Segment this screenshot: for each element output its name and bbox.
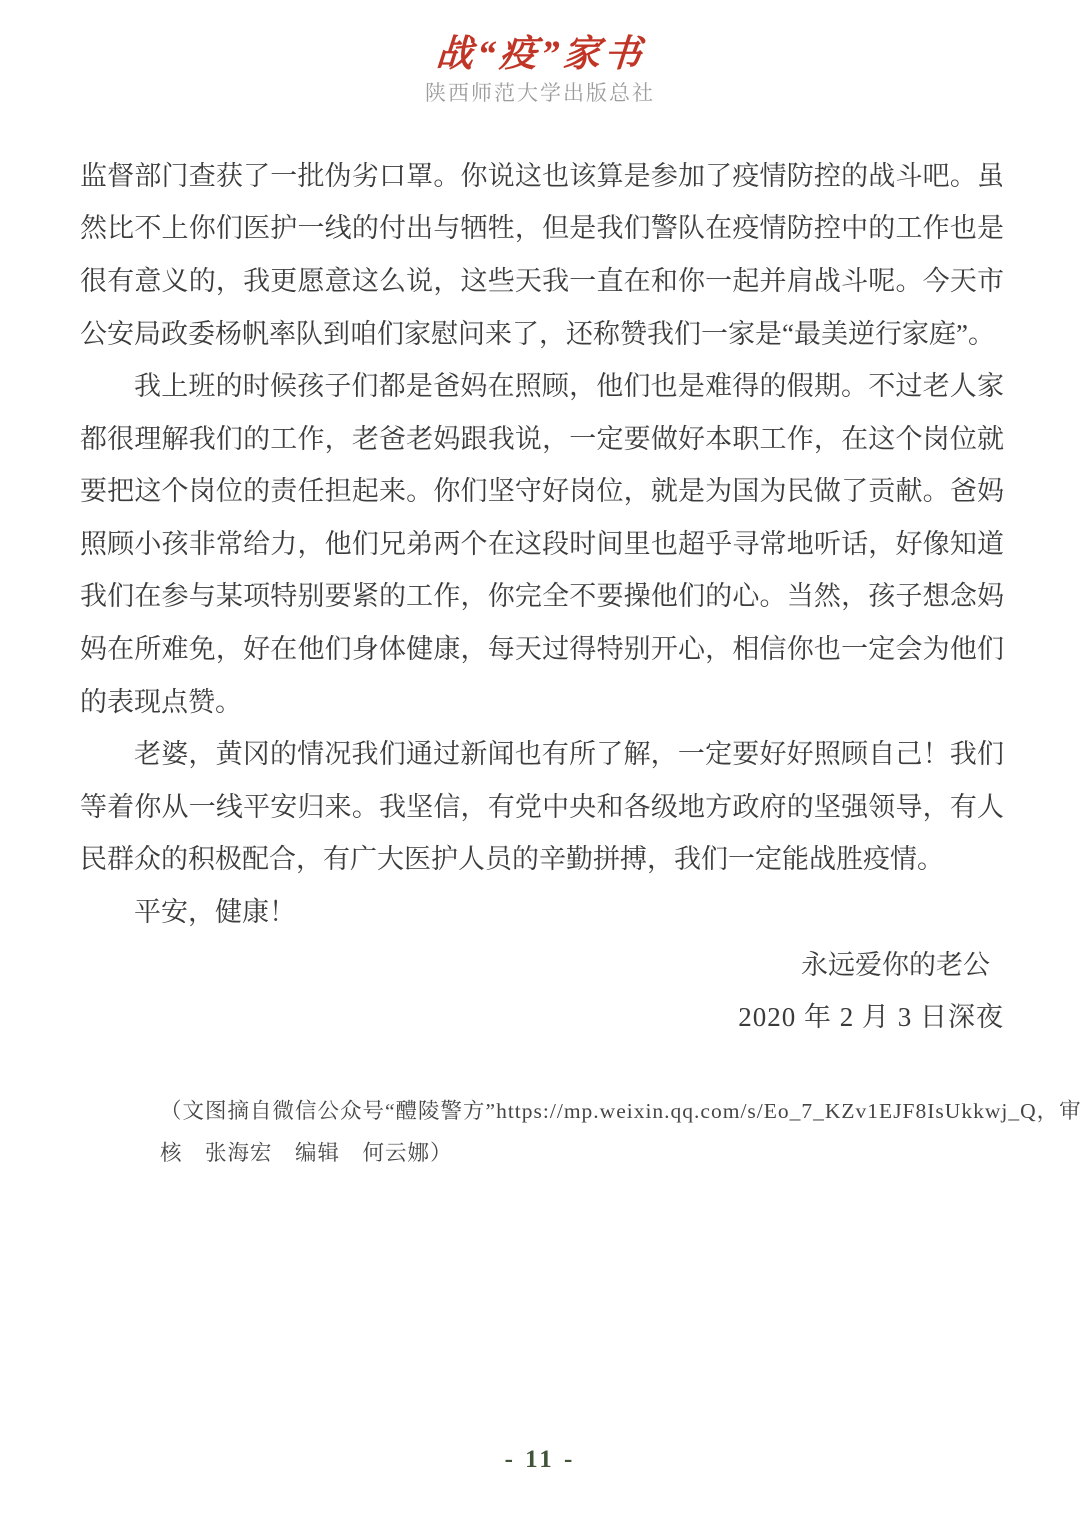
footnote-line-1: （文图摘自微信公众号“醴陵警方”https://mp.weixin.qq.com… [160,1090,1018,1132]
page-header: 战“疫”家书 陕西师范大学出版总社 [0,0,1080,106]
letter-body: 监督部门查获了一批伪劣口罩。你说这也该算是参加了疫情防控的战斗吧。虽然比不上你们… [80,150,1004,1044]
publisher-name: 陕西师范大学出版总社 [0,81,1080,106]
page-footer: - 11 - [0,1446,1080,1474]
letter-signature: 永远爱你的老公 [80,939,1004,992]
letter-paragraph: 老婆，黄冈的情况我们通过新闻也有所了解，一定要好好照顾自己！我们等着你从一线平安… [80,728,1004,886]
page-number: - 11 - [505,1446,576,1473]
letter-paragraph: 我上班的时候孩子们都是爸妈在照顾，他们也是难得的假期。不过老人家都很理解我们的工… [80,360,1004,728]
book-page: 战“疫”家书 陕西师范大学出版总社 监督部门查获了一批伪劣口罩。你说这也该算是参… [0,0,1080,1524]
letter-closing-wish: 平安，健康！ [80,886,1004,939]
book-title-logo: 战“疫”家书 [434,34,646,77]
letter-date: 2020 年 2 月 3 日深夜 [80,991,1004,1044]
letter-paragraph: 监督部门查获了一批伪劣口罩。你说这也该算是参加了疫情防控的战斗吧。虽然比不上你们… [80,150,1004,360]
footnote-line-2: 核 张海宏 编辑 何云娜） [160,1132,1018,1174]
source-footnote: （文图摘自微信公众号“醴陵警方”https://mp.weixin.qq.com… [160,1090,1018,1174]
